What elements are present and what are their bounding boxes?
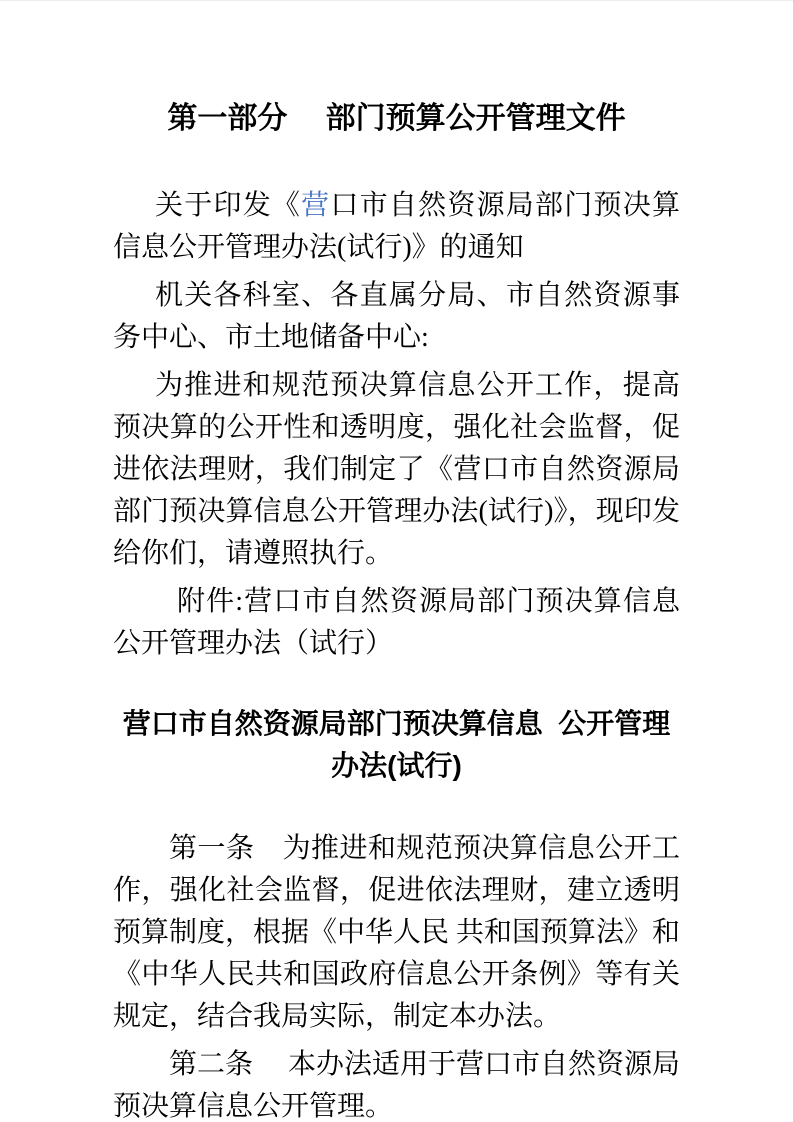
document-page: 第一部分 部门预算公开管理文件 关于印发《营口市自然资源局部门预决算信息公开管理… — [0, 0, 793, 1122]
notice-title-paragraph: 关于印发《营口市自然资源局部门预决算信息公开管理办法(试行)》的通知 — [113, 185, 680, 269]
measures-title: 营口市自然资源局部门预决算信息 公开管理办法(试行) — [113, 703, 680, 787]
article-2-paragraph: 第二条 本办法适用于营口市自然资源局预决算信息公开管理。 — [113, 1044, 680, 1122]
notice-title-prefix: 关于印发《 — [155, 190, 301, 221]
article-1-paragraph: 第一条 为推进和规范预决算信息公开工作，强化社会监督，促进依法理财，建立透明预算… — [113, 828, 680, 1038]
notice-body-paragraph: 为推进和规范预决算信息公开工作，提高预决算的公开性和透明度，强化社会监督，促进依… — [113, 365, 680, 575]
attachment-paragraph: 附件:营口市自然资源局部门预决算信息公开管理办法（试行） — [113, 581, 680, 665]
recipients-paragraph: 机关各科室、各直属分局、市自然资源事务中心、市土地储备中心: — [113, 275, 680, 359]
part-title: 第一部分 部门预算公开管理文件 — [113, 97, 680, 141]
notice-title-link-text[interactable]: 营 — [301, 190, 330, 221]
